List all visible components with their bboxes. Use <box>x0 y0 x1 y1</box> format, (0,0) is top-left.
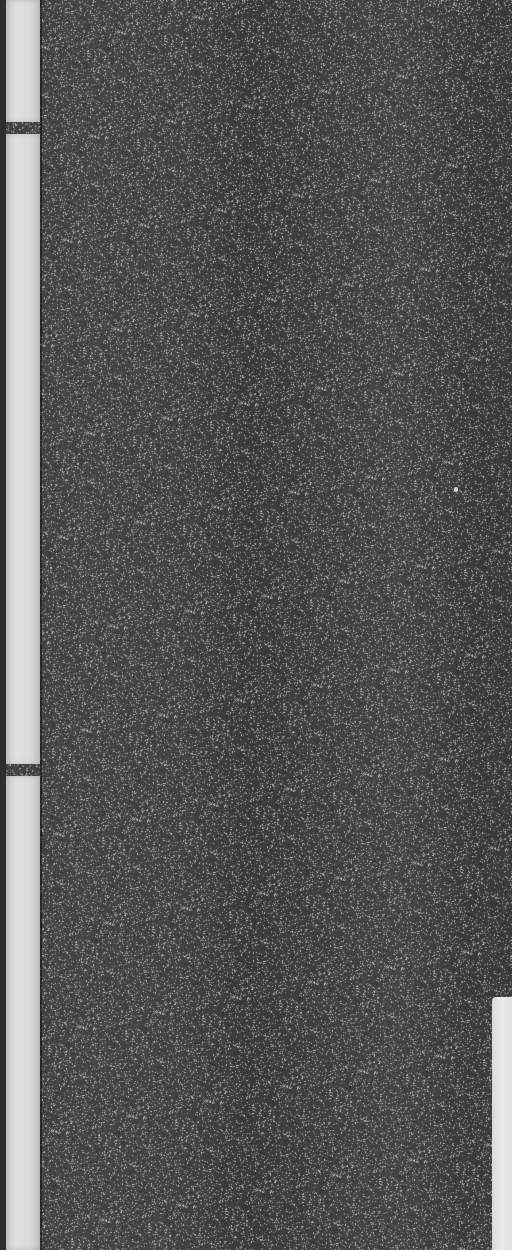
pavement-seam <box>40 0 42 1250</box>
lane-marking-dash <box>6 0 40 122</box>
lane-marking-dash <box>6 134 40 764</box>
lane-marking-solid <box>492 997 512 1250</box>
road-surface-image <box>0 0 512 1250</box>
debris-speck <box>454 487 458 492</box>
lane-marking-dash <box>6 776 40 1250</box>
asphalt-texture <box>0 0 512 1250</box>
road-shade <box>470 0 512 997</box>
